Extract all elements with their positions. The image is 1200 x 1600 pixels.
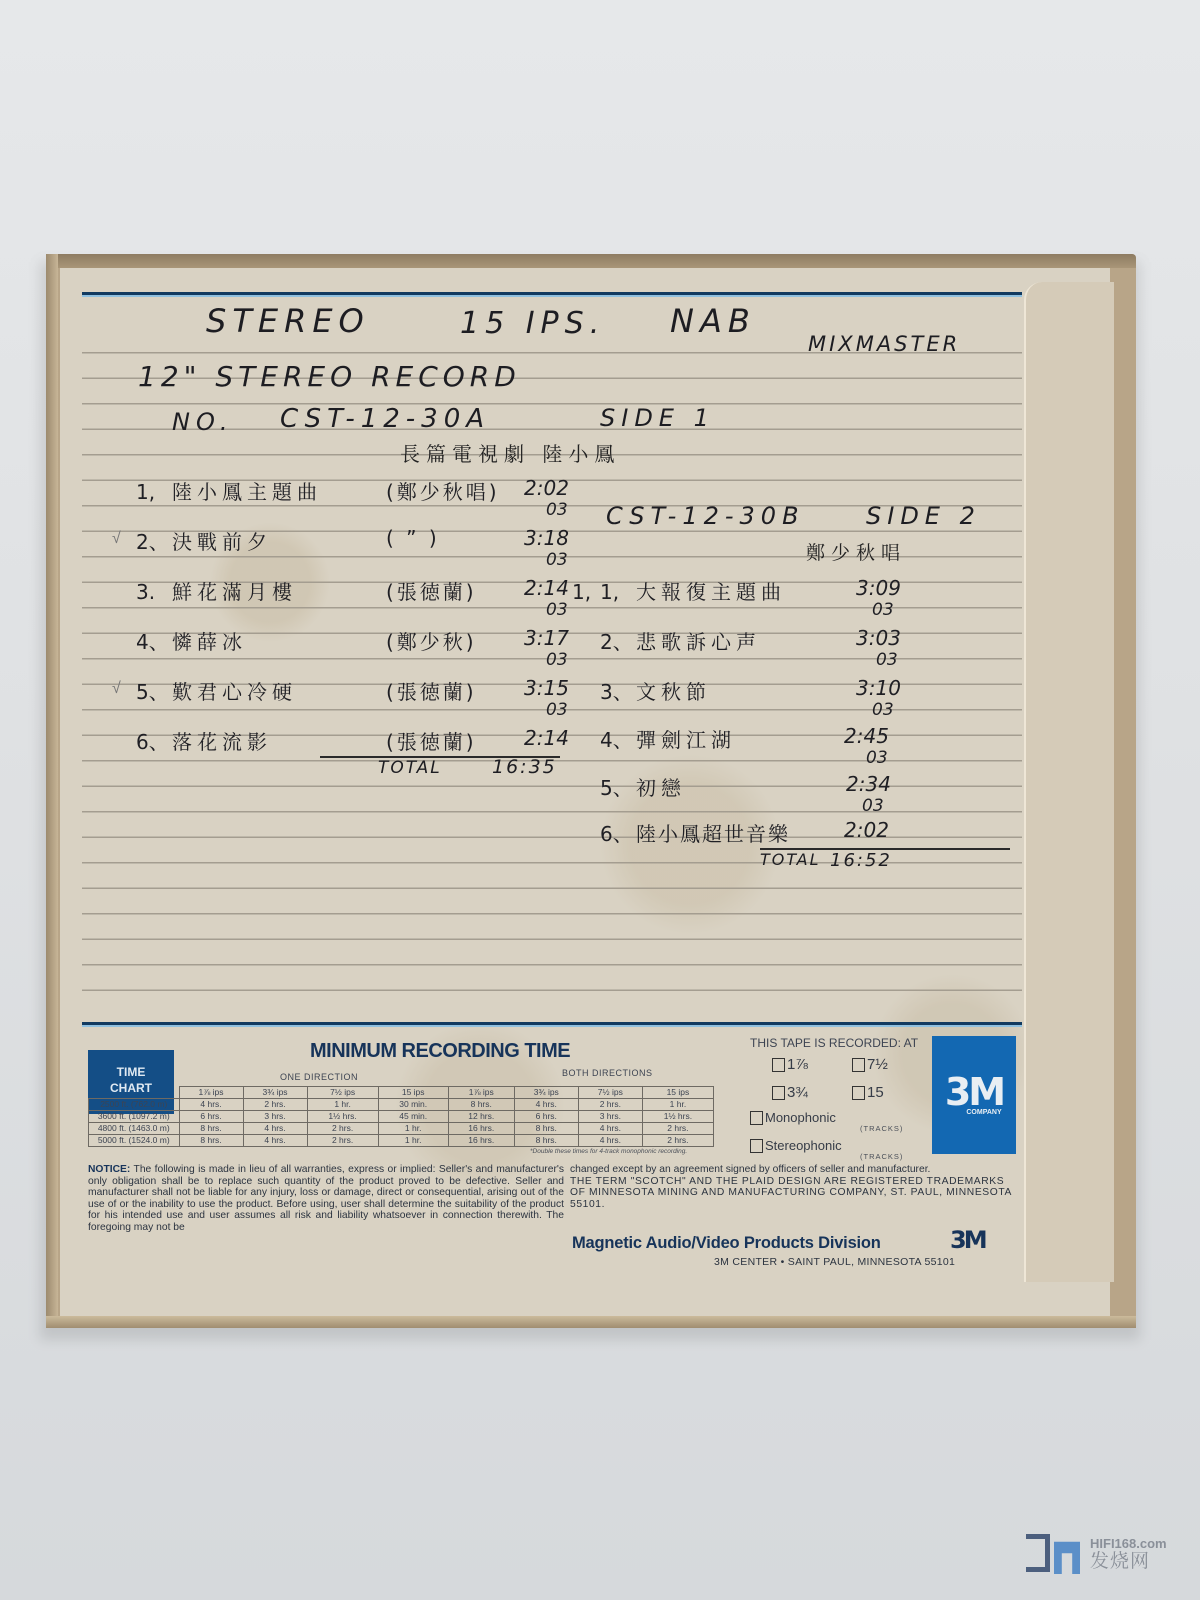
table-row: 2500 ft. (762.0 m) 4 hrs.2 hrs.1 hr.30 m… <box>89 1099 714 1111</box>
tape-box: STEREO 15 IPS. NAB MIXMASTER 12" STEREO … <box>46 254 1136 1328</box>
speed-checkbox-1-7-8[interactable]: 1⅞ <box>772 1056 808 1073</box>
3m-logo: 3MCOMPANY <box>932 1036 1016 1154</box>
hw-stereo: STEREO <box>206 302 370 340</box>
hw-catalog-b: CST-12-30B <box>606 502 805 530</box>
notice-continued: changed except by an agreement signed by… <box>570 1164 1020 1210</box>
hw-catalog-a: CST-12-30A <box>280 404 490 434</box>
table-row: 3600 ft. (1097.2 m) 6 hrs.3 hrs.1½ hrs.4… <box>89 1111 714 1123</box>
speed-checkbox-3-3-4[interactable]: 3¾ <box>772 1084 808 1101</box>
speed-checkbox-15[interactable]: 15 <box>852 1084 884 1101</box>
hw-artist-b: 鄭少秋唱 <box>806 538 906 565</box>
total-time-b: 16:52 <box>830 850 892 871</box>
company-address: 3M CENTER • SAINT PAUL, MINNESOTA 55101 <box>714 1256 955 1268</box>
side-b-track-1: 1,1,大報復主題曲 3:09 03 <box>572 576 972 605</box>
total-label-b: TOTAL <box>760 850 821 869</box>
side-flap <box>1024 282 1114 1282</box>
tracks-label-stereo: (TRACKS) <box>860 1152 903 1161</box>
monophonic-checkbox[interactable]: Monophonic <box>750 1110 836 1125</box>
division-name: Magnetic Audio/Video Products Division <box>572 1234 881 1253</box>
total-time-a: 16:35 <box>492 756 557 778</box>
lid-top-edge <box>46 254 1136 268</box>
hw-no: NO. <box>172 408 234 436</box>
hw-side-1: SIDE 1 <box>600 404 715 432</box>
recorded-at-heading: THIS TAPE IS RECORDED: AT <box>750 1036 918 1050</box>
side-a-track-3: 3.鮮花滿月樓 (張徳蘭) 2:14 03 <box>136 576 616 605</box>
table-row: 5000 ft. (1524.0 m) 8 hrs.4 hrs.2 hrs.1 … <box>89 1135 714 1147</box>
lid-left-edge <box>46 254 58 1328</box>
side-a-track-6: 6、落花流影 (張徳蘭) 2:14 <box>136 726 616 755</box>
one-direction-label: ONE DIRECTION <box>280 1072 358 1082</box>
checkmark: √ <box>112 530 121 548</box>
hw-speed: 15 IPS. <box>460 306 605 341</box>
tracks-label-mono: (TRACKS) <box>860 1124 903 1133</box>
box-label: STEREO 15 IPS. NAB MIXMASTER 12" STEREO … <box>60 268 1110 1316</box>
hw-record-type: 12" STEREO RECORD <box>138 360 521 393</box>
warranty-notice: NOTICE: The following is made in lieu of… <box>88 1164 564 1234</box>
hw-nab: NAB <box>670 302 756 340</box>
watermark-cn: 发烧网 <box>1090 1553 1167 1571</box>
hw-side-2: SIDE 2 <box>866 502 981 530</box>
side-b-track-6: 6、陸小鳳超世音樂 2:02 <box>600 818 980 847</box>
chart-footnote: *Double these times for 4-track monophon… <box>530 1148 687 1155</box>
top-blue-rule <box>82 292 1022 295</box>
side-a-track-4: 4、憐薛冰 (鄭少秋) 3:17 03 <box>136 626 616 655</box>
stereophonic-checkbox[interactable]: Stereophonic <box>750 1138 842 1153</box>
total-label-a: TOTAL <box>378 758 442 778</box>
side-b-track-4: 4、彈劍江湖 2:45 03 <box>600 724 980 753</box>
side-a-track-5: 5、歎君心冷硬 (張徳蘭) 3:15 03 <box>136 676 616 705</box>
side-a-track-1: 1,陸小鳳主題曲 (鄭少秋唱) 2:02 03 <box>136 476 616 505</box>
mid-blue-rule <box>82 1022 1022 1025</box>
watermark-logo-icon <box>1026 1528 1084 1578</box>
table-row: 4800 ft. (1463.0 m) 8 hrs.4 hrs.2 hrs.1 … <box>89 1123 714 1135</box>
recording-time-table: 1⅞ ips3¾ ips7½ ips15 ips 1⅞ ips3¾ ips7½ … <box>88 1086 714 1147</box>
site-watermark: HIFI168.com 发烧网 <box>1026 1528 1167 1578</box>
chart-title: MINIMUM RECORDING TIME <box>310 1040 570 1063</box>
side-a-track-2: 2、決戰前夕 ( ” ) 3:18 03 <box>136 526 616 555</box>
hw-series-title: 長篇電視劇 陸小鳳 <box>400 438 620 467</box>
side-b-track-3: 3、文秋節 3:10 03 <box>600 676 980 705</box>
side-b-track-5: 5、初戀 2:34 03 <box>600 772 980 801</box>
lid-bottom-edge <box>46 1316 1136 1328</box>
both-directions-label: BOTH DIRECTIONS <box>562 1068 653 1078</box>
speed-checkbox-7-1-2[interactable]: 7½ <box>852 1056 888 1073</box>
hw-mixmaster: MIXMASTER <box>808 332 960 356</box>
checkmark: √ <box>112 680 121 698</box>
table-header-row: 1⅞ ips3¾ ips7½ ips15 ips 1⅞ ips3¾ ips7½ … <box>89 1087 714 1099</box>
side-b-track-2: 2、悲歌訴心声 3:03 03 <box>600 626 980 655</box>
3m-logo-small: 3M <box>950 1226 985 1254</box>
